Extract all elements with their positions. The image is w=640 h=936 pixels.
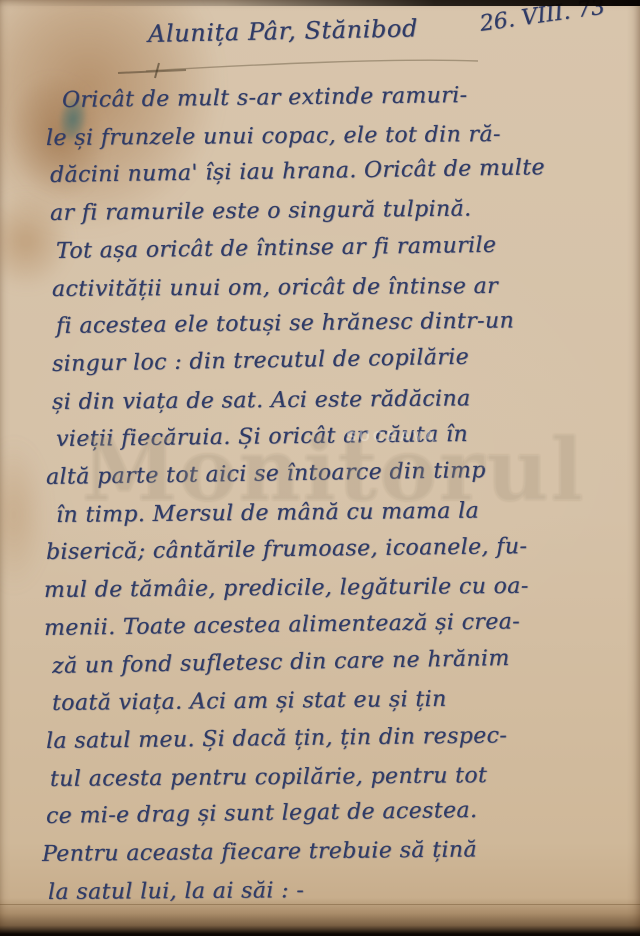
- manuscript-line: biserică; cântările frumoase, icoanele, …: [46, 535, 528, 566]
- manuscript-line: dăcini numa' își iau hrana. Oricât de mu…: [50, 156, 545, 189]
- manuscript-line: ce mi-e drag și sunt legat de acestea.: [46, 798, 478, 829]
- manuscript-line: toată viața. Aci am și stat eu și țin: [52, 687, 447, 716]
- manuscript-line: Pentru aceasta fiecare trebuie să țină: [42, 837, 477, 867]
- manuscript-line: ar fi ramurile este o singură tulpină.: [50, 197, 472, 226]
- manuscript-line: tul acesta pentru copilărie, pentru tot: [50, 763, 487, 792]
- manuscript-line: Oricât de mult s-ar extinde ramuri-: [62, 83, 468, 113]
- photo-background: Alunița Pâr, Stănibod 26. VIII. 73 Oricâ…: [0, 0, 640, 936]
- manuscript-line: singur loc : din trecutul de copilărie: [52, 345, 470, 377]
- manuscript-line: ză un fond sufletesc din care ne hrănim: [52, 646, 510, 679]
- manuscript-page: Alunița Pâr, Stănibod 26. VIII. 73 Oricâ…: [0, 0, 640, 936]
- manuscript-line: le și frunzele unui copac, ele tot din r…: [46, 122, 501, 151]
- manuscript-line: Tot așa oricât de întinse ar fi ramurile: [56, 233, 497, 264]
- manuscript-line: la satul meu. Și dacă țin, țin din respe…: [46, 723, 507, 754]
- manuscript-line: activității unui om, oricât de întinse a…: [52, 273, 498, 301]
- manuscript-line: fi acestea ele totuși se hrănesc dintr-u…: [56, 309, 514, 340]
- manuscript-line: mul de tămâie, predicile, legăturile cu …: [44, 574, 529, 603]
- manuscript-line: și din viața de sat. Aci este rădăcina: [52, 386, 471, 415]
- watermark-subtext: SUCEAVA: [346, 428, 438, 445]
- page-bottom-edge: [0, 898, 640, 936]
- page-top-edge: [0, 0, 640, 6]
- manuscript-line: menii. Toate acestea alimentează și crea…: [44, 609, 520, 641]
